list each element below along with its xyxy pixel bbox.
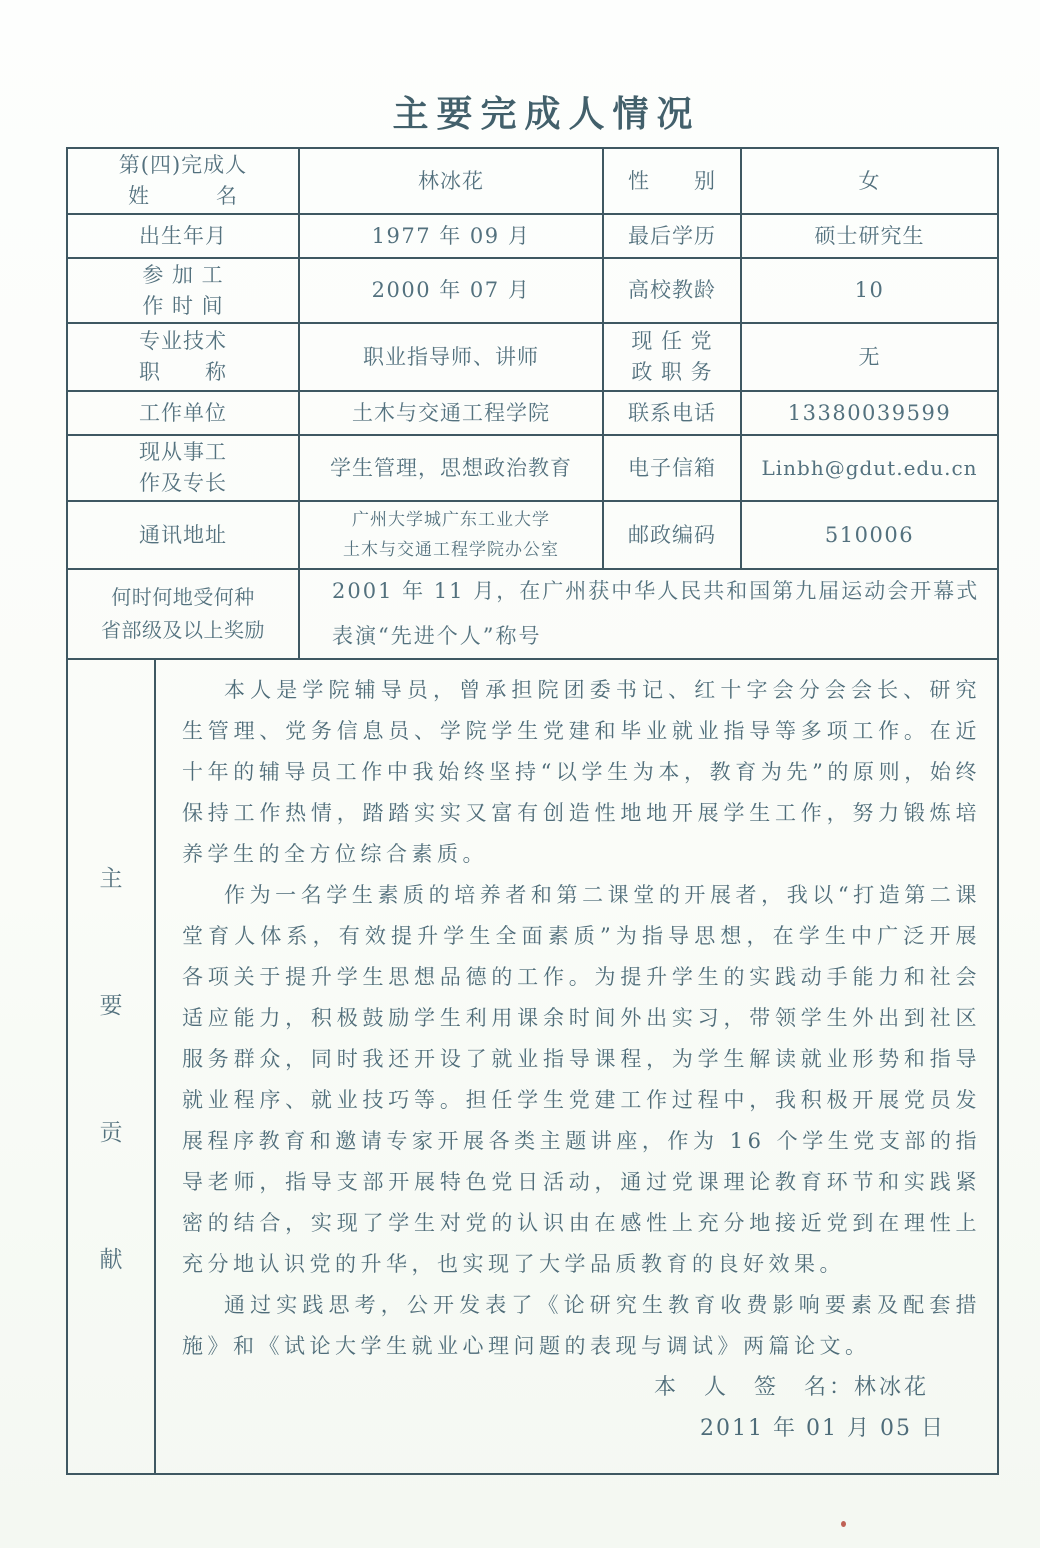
date-line: 2011 年 01 月 05 日 [182,1408,981,1449]
field-party-post-value: 无 [740,324,997,390]
row-mailing-address: 通讯地址 广州大学城广东工业大学 土木与交通工程学院办公室 邮政编码 51000… [68,500,997,568]
field-completer-name-value: 林冰花 [298,149,602,213]
row-work-start: 参 加 工 作 时 间 2000 年 07 月 高校教龄 10 [68,257,997,322]
field-phone-value: 13380039599 [740,392,997,434]
row-work-unit: 工作单位 土木与交通工程学院 联系电话 13380039599 [68,390,997,434]
field-birth-date-value: 1977 年 09 月 [298,215,602,257]
field-teaching-years-label: 高校教龄 [602,259,740,322]
field-work-unit-label: 工作单位 [68,392,298,434]
field-contribution-label: 主 要 贡 献 [68,660,154,1473]
field-completer-name-label: 第(四)完成人 姓 名 [68,149,298,213]
field-birth-date-label: 出生年月 [68,215,298,257]
field-awards-label: 何时何地受何种 省部级及以上奖励 [68,570,298,658]
row-current-work: 现从事工 作及专长 学生管理，思想政治教育 电子信箱 Linbh@gdut.ed… [68,434,997,500]
contribution-paragraph-1: 本人是学院辅导员，曾承担院团委书记、红十字会分会会长、研究生管理、党务信息员、学… [182,670,981,875]
field-current-work-value: 学生管理，思想政治教育 [298,436,602,500]
field-contribution-text: 本人是学院辅导员，曾承担院团委书记、红十字会分会会长、研究生管理、党务信息员、学… [154,660,997,1473]
field-gender-label: 性 别 [602,149,740,213]
field-postal-code-label: 邮政编码 [602,502,740,568]
field-current-work-label: 现从事工 作及专长 [68,436,298,500]
field-gender-value: 女 [740,149,997,213]
scan-artifact-red-speck [841,1521,846,1527]
row-awards: 何时何地受何种 省部级及以上奖励 2001 年 11 月，在广州获中华人民共和国… [68,568,997,658]
field-work-start-label: 参 加 工 作 时 间 [68,259,298,322]
row-completer-name: 第(四)完成人 姓 名 林冰花 性 别 女 [68,149,997,213]
contribution-paragraph-3: 通过实践思考，公开发表了《论研究生教育收费影响要素及配套措施》和《试论大学生就业… [182,1285,981,1367]
contribution-paragraph-2: 作为一名学生素质的培养者和第二课堂的开展者，我以“打造第二课堂育人体系，有效提升… [182,875,981,1285]
field-party-post-label: 现 任 党 政 职 务 [602,324,740,390]
field-technical-title-label: 专业技术 职 称 [68,324,298,390]
field-email-value: Linbh@gdut.edu.cn [740,436,997,500]
row-main-contribution: 主 要 贡 献 本人是学院辅导员，曾承担院团委书记、红十字会分会会长、研究生管理… [68,658,997,1473]
field-awards-value: 2001 年 11 月，在广州获中华人民共和国第九届运动会开幕式 表演“先进个人… [298,570,997,658]
scanned-form-page: 主要完成人情况 第(四)完成人 姓 名 林冰花 性 别 女 出生年月 1977 … [0,0,1040,1548]
field-work-unit-value: 土木与交通工程学院 [298,392,602,434]
field-education-label: 最后学历 [602,215,740,257]
field-address-value: 广州大学城广东工业大学 土木与交通工程学院办公室 [298,502,602,568]
field-postal-code-value: 510006 [740,502,997,568]
field-phone-label: 联系电话 [602,392,740,434]
field-technical-title-value: 职业指导师、讲师 [298,324,602,390]
field-address-label: 通讯地址 [68,502,298,568]
field-work-start-value: 2000 年 07 月 [298,259,602,322]
page-title: 主要完成人情况 [80,86,1013,137]
field-education-value: 硕士研究生 [740,215,997,257]
row-birth-date: 出生年月 1977 年 09 月 最后学历 硕士研究生 [68,213,997,257]
signature-line: 本 人 签 名：林冰花 [182,1367,981,1408]
completer-info-table: 第(四)完成人 姓 名 林冰花 性 别 女 出生年月 1977 年 09 月 最… [66,147,999,1475]
field-teaching-years-value: 10 [740,259,997,322]
row-technical-title: 专业技术 职 称 职业指导师、讲师 现 任 党 政 职 务 无 [68,322,997,390]
field-email-label: 电子信箱 [602,436,740,500]
